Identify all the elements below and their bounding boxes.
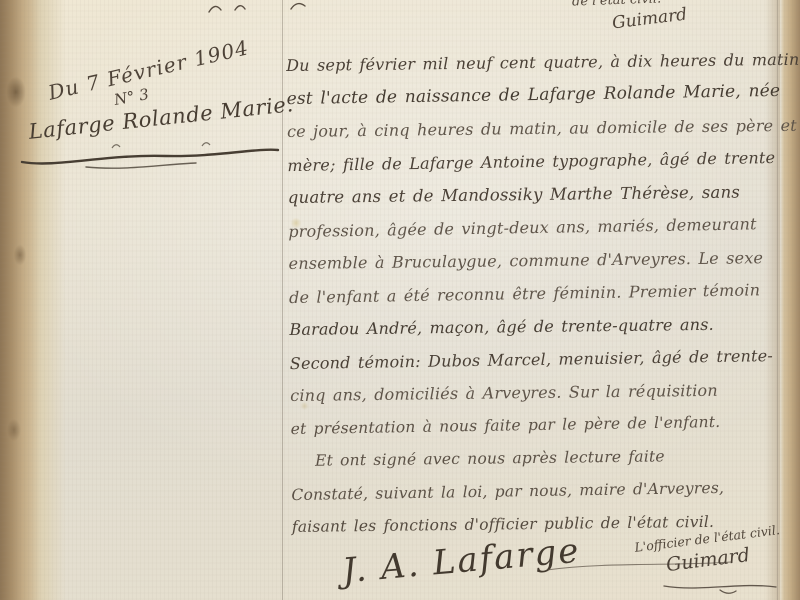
registry-page-photo: Du 7 Février 1904 N° 3 Lafarge Rolande M… [0,0,800,600]
margin-rule-line [282,0,283,600]
officer-signature-flourish [660,578,780,594]
book-binding-edge [0,0,30,600]
margin-underline-flourish [16,136,284,172]
previous-act-officer-signature: Guimard [611,4,688,33]
act-text-block: Du sept février mil neuf cent quatre, à … [286,43,784,544]
ink-fragment-top [205,0,315,20]
